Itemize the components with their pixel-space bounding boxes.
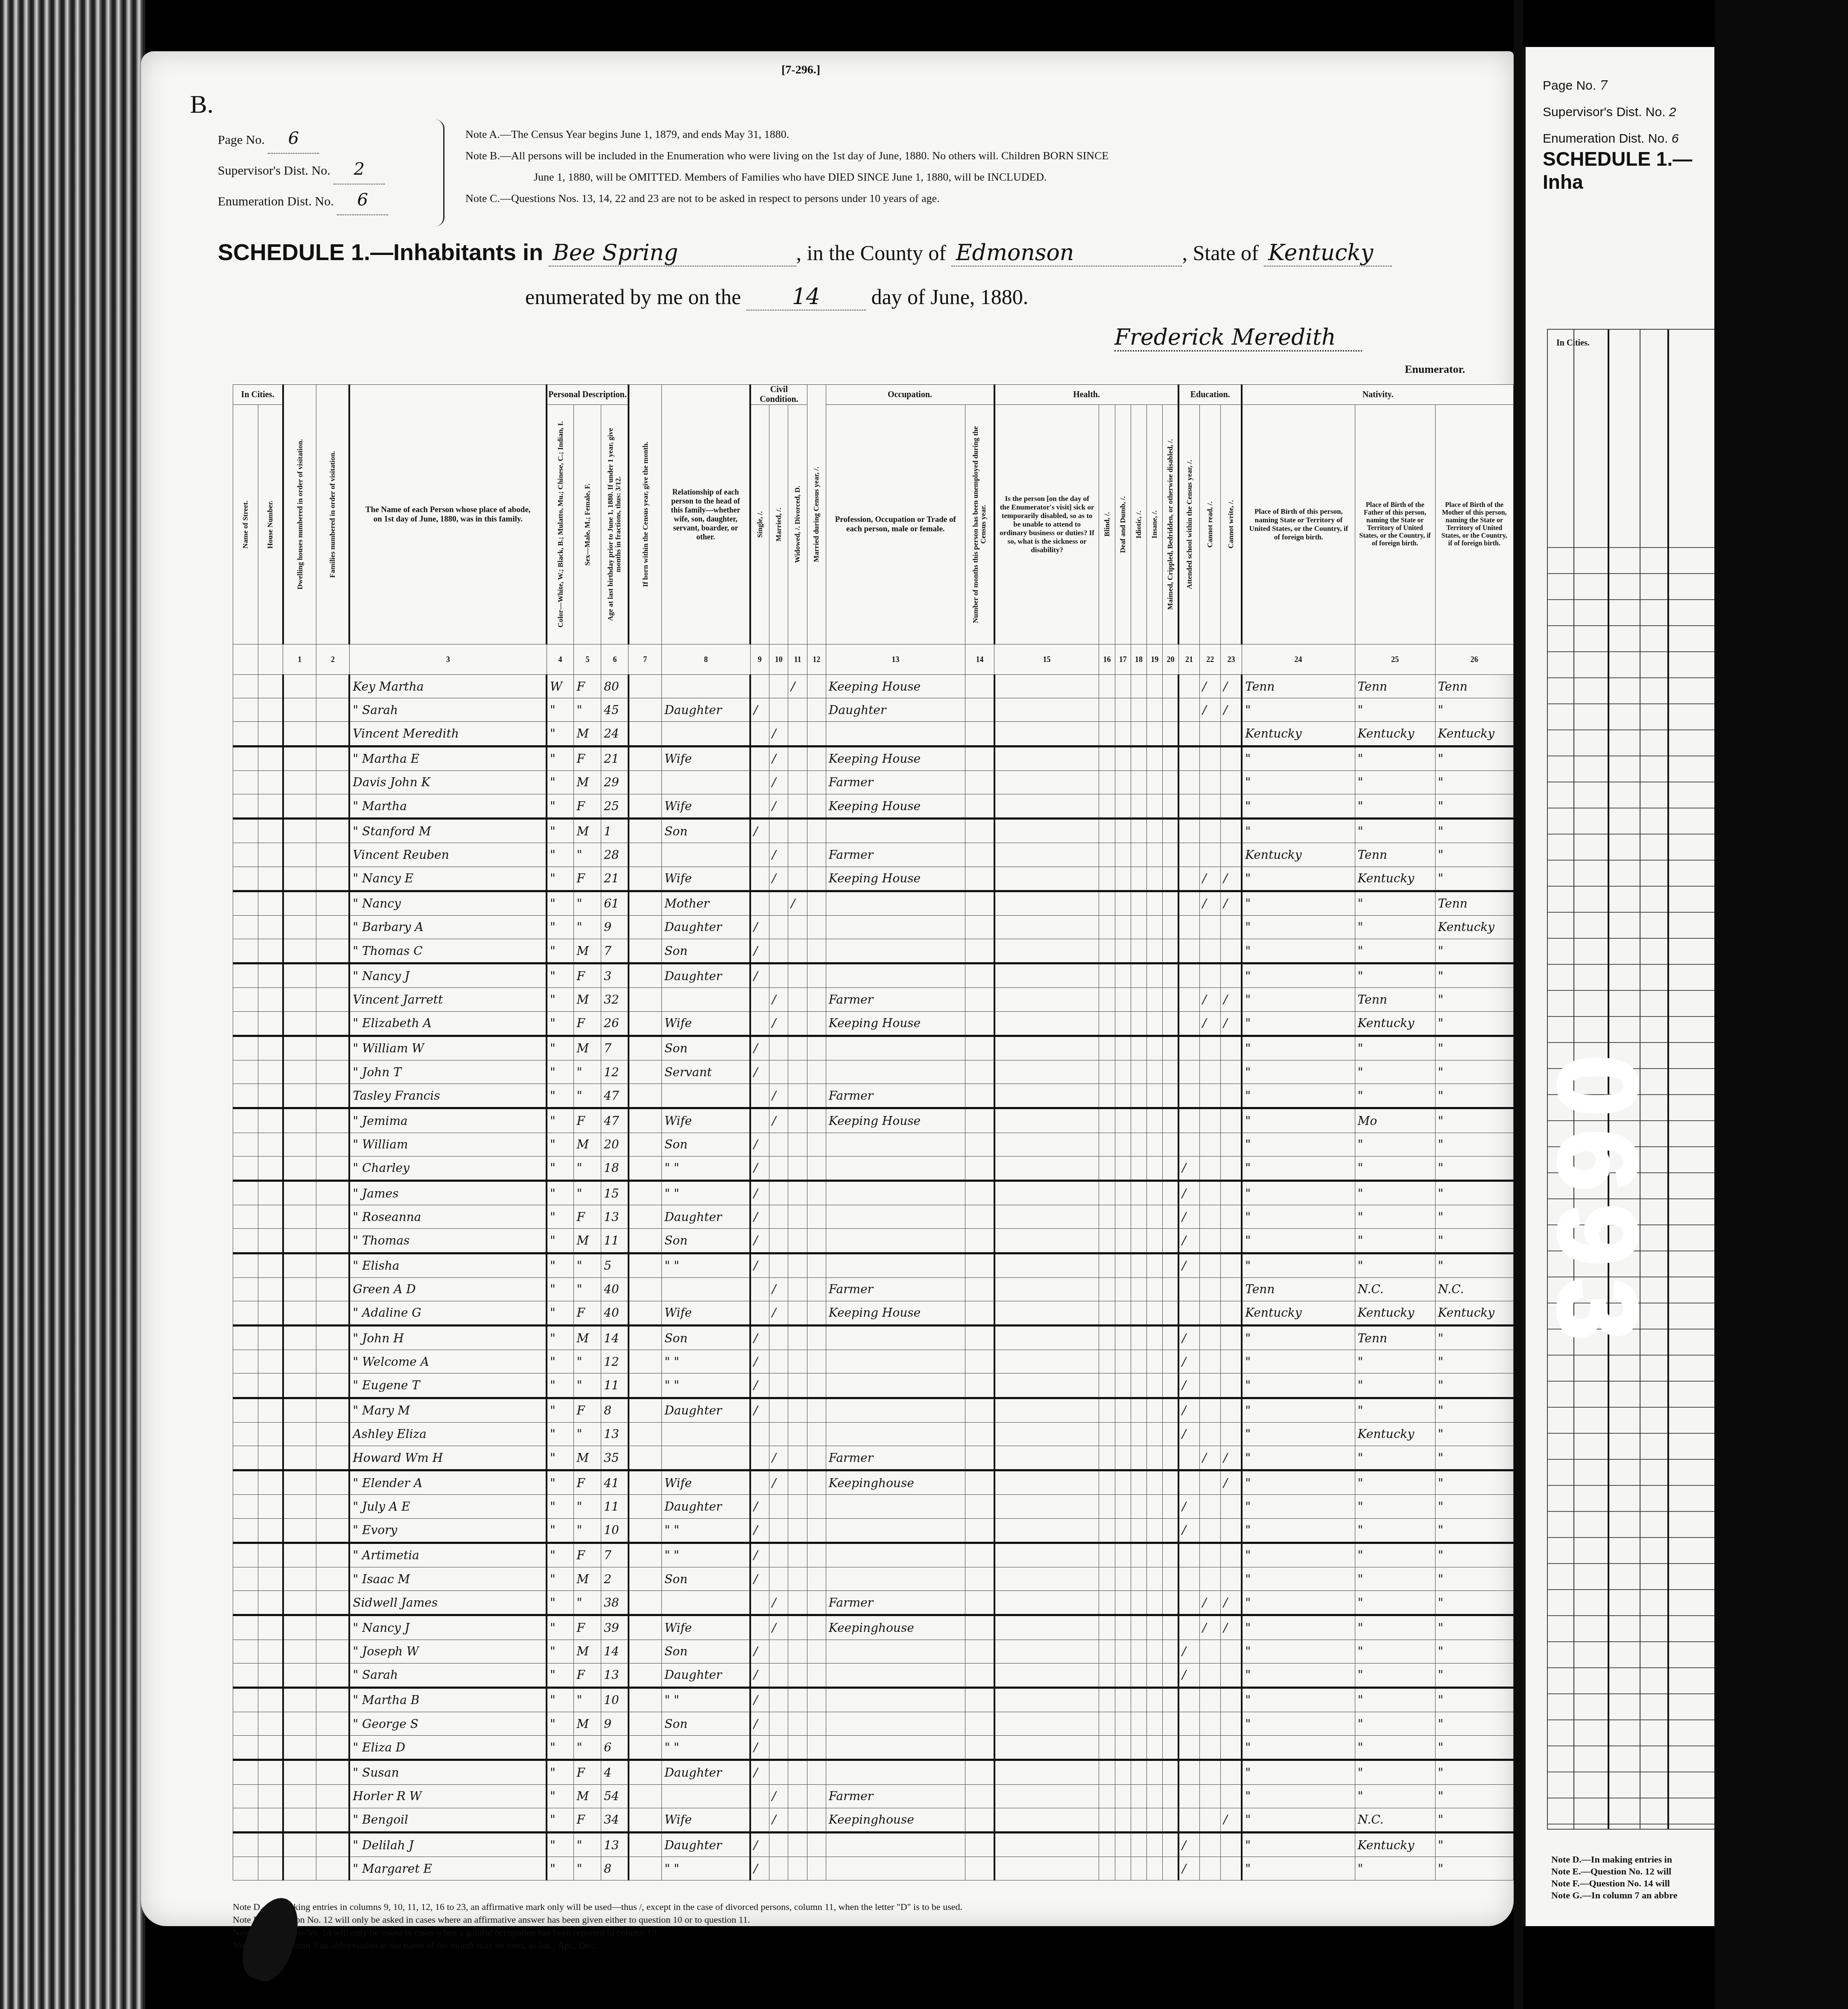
cell-empty	[316, 1784, 350, 1808]
cell-empty	[965, 1615, 994, 1640]
cell-empty	[258, 1808, 283, 1832]
cell-color: "	[547, 746, 574, 770]
cell-empty	[1147, 1736, 1163, 1760]
cell-occ: Keeping House	[826, 1011, 965, 1036]
cell-empty	[1131, 1422, 1146, 1446]
cell-empty	[629, 1470, 662, 1495]
cell-read	[1200, 1060, 1221, 1084]
cell-name: " Elizabeth A	[349, 1011, 547, 1036]
cell-read	[1200, 1712, 1221, 1736]
cell-school: /	[1178, 1398, 1199, 1422]
cell-sex: "	[574, 1156, 601, 1180]
cell-rel: " "	[662, 1253, 750, 1277]
cell-empty	[1163, 675, 1178, 698]
cell-read	[1200, 1253, 1221, 1277]
cell-widowed	[788, 1543, 807, 1567]
cell-color: "	[547, 1567, 574, 1590]
cell-write	[1221, 915, 1242, 939]
cell-empty	[1163, 1567, 1178, 1590]
cell-sex: M	[574, 1640, 601, 1663]
cell-empty	[316, 1011, 350, 1036]
cell-occ: Daughter	[826, 698, 965, 722]
column-number: 8	[662, 644, 750, 675]
cell-rel	[662, 988, 750, 1011]
cell-occ: Keepinghouse	[826, 1615, 965, 1640]
cell-fpob: "	[1355, 1446, 1435, 1470]
cell-color: "	[547, 1011, 574, 1036]
cell-empty	[629, 1133, 662, 1156]
cell-school: /	[1178, 1350, 1199, 1373]
column-number: 10	[769, 644, 788, 675]
cell-single: /	[750, 963, 769, 988]
cell-empty	[807, 746, 826, 770]
census-row: Vincent Reuben""28/FarmerKentuckyTenn"	[233, 843, 1514, 867]
cell-empty	[994, 1180, 1099, 1205]
cell-empty	[1163, 1446, 1178, 1470]
cell-widowed	[788, 915, 807, 939]
cell-pob: "	[1242, 1712, 1355, 1736]
cell-mpob: "	[1435, 1205, 1513, 1229]
cell-single	[750, 843, 769, 867]
cell-color: "	[547, 1640, 574, 1663]
cell-empty	[1147, 1543, 1163, 1567]
cell-fpob: "	[1355, 1373, 1435, 1398]
cell-empty	[283, 1543, 316, 1567]
cell-fpob: "	[1355, 963, 1435, 988]
cell-empty	[233, 1301, 258, 1325]
cell-fpob: "	[1355, 1036, 1435, 1060]
cell-widowed	[788, 1760, 807, 1784]
cell-empty	[1147, 1760, 1163, 1784]
cell-pob: "	[1242, 1857, 1355, 1880]
cell-married: /	[769, 1470, 788, 1495]
cell-rel: Wife	[662, 1808, 750, 1832]
cell-empty	[1147, 1663, 1163, 1687]
cell-single	[750, 1108, 769, 1133]
cell-mpob: "	[1435, 1857, 1513, 1880]
cell-empty	[258, 1712, 283, 1736]
cell-empty	[233, 794, 258, 818]
cell-empty	[1147, 1422, 1163, 1446]
cell-empty	[316, 1205, 350, 1229]
cell-age: 47	[601, 1108, 629, 1133]
enum-prefix: enumerated by me on the	[525, 285, 741, 309]
cell-empty	[316, 867, 350, 891]
cell-empty	[807, 1156, 826, 1180]
cell-empty	[258, 1615, 283, 1640]
cell-pob: "	[1242, 1108, 1355, 1133]
cell-occ	[826, 1495, 965, 1518]
cell-mpob: "	[1435, 1011, 1513, 1036]
cell-empty	[807, 1712, 826, 1736]
census-row: " Nancy J"F39Wife/Keepinghouse//"""	[233, 1615, 1514, 1640]
column-number: 19	[1147, 644, 1163, 675]
cell-empty	[807, 1253, 826, 1277]
cell-married	[769, 1229, 788, 1253]
cell-school	[1178, 1543, 1199, 1567]
cell-age: 54	[601, 1784, 629, 1808]
cell-pob: "	[1242, 1036, 1355, 1060]
cell-write	[1221, 1495, 1242, 1518]
cell-empty	[1147, 1277, 1163, 1301]
cell-empty	[1131, 867, 1146, 891]
cell-empty	[1099, 794, 1115, 818]
cell-empty	[994, 1470, 1099, 1495]
cell-pob: "	[1242, 1180, 1355, 1205]
cell-empty	[1147, 1833, 1163, 1857]
cell-fpob: "	[1355, 1253, 1435, 1277]
cell-empty	[283, 1736, 316, 1760]
cell-age: 14	[601, 1640, 629, 1663]
cell-pob: "	[1242, 1833, 1355, 1857]
cell-school	[1178, 843, 1199, 867]
cell-age: 11	[601, 1495, 629, 1518]
census-row: Green A D""40/FarmerTennN.C.N.C.	[233, 1277, 1514, 1301]
cell-empty	[1099, 1857, 1115, 1880]
cell-widowed	[788, 939, 807, 963]
cell-pob: "	[1242, 963, 1355, 988]
cell-married	[769, 1205, 788, 1229]
cell-empty	[258, 1036, 283, 1060]
column-number: 9	[750, 644, 769, 675]
cell-occ: Keepinghouse	[826, 1808, 965, 1832]
header-school: Attended school within the Census year, …	[1178, 405, 1199, 644]
cell-age: 12	[601, 1060, 629, 1084]
cell-rel: Servant	[662, 1060, 750, 1084]
cell-empty	[283, 1470, 316, 1495]
cell-empty	[629, 1784, 662, 1808]
cell-empty	[629, 770, 662, 794]
cell-empty	[1163, 1518, 1178, 1543]
cell-empty	[233, 1495, 258, 1518]
cell-school: /	[1178, 1833, 1199, 1857]
cell-write	[1221, 843, 1242, 867]
cell-empty	[807, 1133, 826, 1156]
cell-empty	[1147, 1253, 1163, 1277]
cell-fpob: Kentucky	[1355, 1011, 1435, 1036]
cell-empty	[1147, 1036, 1163, 1060]
cell-empty	[629, 843, 662, 867]
cell-empty	[233, 1760, 258, 1784]
cell-rel: Son	[662, 939, 750, 963]
cell-married	[769, 675, 788, 698]
cell-empty	[283, 1011, 316, 1036]
cell-empty	[1099, 1180, 1115, 1205]
cell-empty	[994, 891, 1099, 915]
cell-married: /	[769, 1615, 788, 1640]
cell-empty	[807, 963, 826, 988]
cell-age: 24	[601, 722, 629, 746]
cell-empty	[283, 1760, 316, 1784]
cell-color: "	[547, 1518, 574, 1543]
cell-empty	[807, 891, 826, 915]
cell-empty	[1115, 988, 1131, 1011]
cell-empty	[965, 1180, 994, 1205]
cell-name: " Adaline G	[349, 1301, 547, 1325]
cell-rel: " "	[662, 1156, 750, 1180]
census-row: " Evory""10" "//"""	[233, 1518, 1514, 1543]
cell-occ	[826, 1567, 965, 1590]
cell-empty	[994, 843, 1099, 867]
cell-empty	[1163, 1736, 1178, 1760]
cell-write	[1221, 1567, 1242, 1590]
cell-occ	[826, 1326, 965, 1350]
cell-empty	[1163, 1133, 1178, 1156]
cell-name: " Charley	[349, 1156, 547, 1180]
cell-empty	[258, 1857, 283, 1880]
cell-read	[1200, 843, 1221, 867]
cell-single: /	[750, 1687, 769, 1712]
cell-empty	[1115, 1543, 1131, 1567]
cell-rel: Daughter	[662, 963, 750, 988]
cell-read	[1200, 746, 1221, 770]
cell-color: "	[547, 988, 574, 1011]
cell-pob: "	[1242, 1422, 1355, 1446]
cell-occ	[826, 1060, 965, 1084]
cell-empty	[807, 675, 826, 698]
header-insane: Insane, /.	[1147, 405, 1163, 644]
cell-empty	[1099, 1156, 1115, 1180]
cell-name: " Jemima	[349, 1108, 547, 1133]
cell-read	[1200, 1760, 1221, 1784]
cell-name: " Martha E	[349, 746, 547, 770]
cell-empty	[258, 1301, 283, 1325]
cell-single: /	[750, 1180, 769, 1205]
cell-school	[1178, 722, 1199, 746]
cell-mpob: "	[1435, 1422, 1513, 1446]
cell-rel: Son	[662, 1036, 750, 1060]
cell-empty	[629, 1277, 662, 1301]
cell-empty	[1147, 915, 1163, 939]
cell-name: Ashley Eliza	[349, 1422, 547, 1446]
cell-empty	[258, 939, 283, 963]
cell-name: " Nancy E	[349, 867, 547, 891]
cell-empty	[1115, 891, 1131, 915]
cell-empty	[994, 1736, 1099, 1760]
cell-mpob: "	[1435, 1229, 1513, 1253]
cell-sex: M	[574, 1784, 601, 1808]
cell-empty	[1131, 891, 1146, 915]
cell-age: 29	[601, 770, 629, 794]
cell-empty	[994, 1543, 1099, 1567]
cell-sex: "	[574, 915, 601, 939]
census-row: " Bengoil"F34Wife/Keepinghouse/"N.C."	[233, 1808, 1514, 1832]
cell-empty	[316, 891, 350, 915]
cell-empty	[316, 1567, 350, 1590]
cell-age: 34	[601, 1808, 629, 1832]
cell-married	[769, 1373, 788, 1398]
cell-empty	[1115, 1036, 1131, 1060]
cell-empty	[1099, 891, 1115, 915]
cell-read	[1200, 1518, 1221, 1543]
cell-mpob: "	[1435, 698, 1513, 722]
cell-empty	[258, 722, 283, 746]
cell-age: 26	[601, 1011, 629, 1036]
cell-widowed	[788, 843, 807, 867]
cell-color: "	[547, 867, 574, 891]
cell-rel: Daughter	[662, 698, 750, 722]
cell-read	[1200, 1398, 1221, 1422]
cell-empty	[807, 988, 826, 1011]
cell-read	[1200, 1640, 1221, 1663]
cell-mpob: "	[1435, 1350, 1513, 1373]
cell-married	[769, 819, 788, 843]
cell-write	[1221, 1084, 1242, 1108]
cell-empty	[994, 1567, 1099, 1590]
cell-age: 5	[601, 1253, 629, 1277]
cell-write	[1221, 1180, 1242, 1205]
cell-empty	[1163, 1011, 1178, 1036]
cell-sex: M	[574, 1036, 601, 1060]
cell-empty	[1131, 1543, 1146, 1567]
cell-empty	[1131, 1326, 1146, 1350]
cell-color: "	[547, 1373, 574, 1398]
cell-name: " Martha B	[349, 1687, 547, 1712]
cell-widowed	[788, 1736, 807, 1760]
cell-school	[1178, 891, 1199, 915]
cell-widowed	[788, 794, 807, 818]
cell-fpob: "	[1355, 1857, 1435, 1880]
cell-empty	[1099, 1133, 1115, 1156]
cell-occ: Keepinghouse	[826, 1470, 965, 1495]
cell-mpob: "	[1435, 794, 1513, 818]
cell-empty	[965, 1446, 994, 1470]
cell-empty	[233, 1712, 258, 1736]
column-number: 24	[1242, 644, 1355, 675]
right-district-info: Page No. 7 Supervisor's Dist. No. 2 Enum…	[1543, 73, 1678, 152]
cell-write	[1221, 1833, 1242, 1857]
cell-pob: "	[1242, 1687, 1355, 1712]
cell-sex: "	[574, 1350, 601, 1373]
cell-empty	[233, 1640, 258, 1663]
cell-empty	[1131, 843, 1146, 867]
cell-empty	[965, 1373, 994, 1398]
cell-empty	[1163, 1495, 1178, 1518]
cell-empty	[1163, 939, 1178, 963]
header-idiotic: Idiotic, /.	[1131, 405, 1146, 644]
cell-empty	[258, 1760, 283, 1784]
cell-widowed	[788, 1663, 807, 1687]
header-unemployed: Number of months this person has been un…	[965, 405, 994, 644]
cell-empty	[994, 1640, 1099, 1663]
cell-empty	[233, 1205, 258, 1229]
cell-empty	[283, 770, 316, 794]
cell-age: 13	[601, 1205, 629, 1229]
cell-empty	[629, 1687, 662, 1712]
cell-rel: Son	[662, 1640, 750, 1663]
cell-widowed	[788, 1640, 807, 1663]
cell-age: 4	[601, 1760, 629, 1784]
cell-rel: " "	[662, 1373, 750, 1398]
column-number: 25	[1355, 644, 1435, 675]
cell-empty	[1099, 1615, 1115, 1640]
census-row: " Martha E"F21Wife/Keeping House"""	[233, 746, 1514, 770]
cell-empty	[965, 1518, 994, 1543]
cell-empty	[283, 891, 316, 915]
header-single: Single, /.	[750, 405, 769, 644]
cell-empty	[1099, 1060, 1115, 1084]
cell-color: "	[547, 1326, 574, 1350]
cell-mpob: N.C.	[1435, 1277, 1513, 1301]
cell-school: /	[1178, 1663, 1199, 1687]
cell-name: " Thomas	[349, 1229, 547, 1253]
cell-empty	[629, 963, 662, 988]
cell-empty	[629, 891, 662, 915]
cell-empty	[965, 915, 994, 939]
cell-empty	[1147, 770, 1163, 794]
column-number: 12	[807, 644, 826, 675]
cell-empty	[1131, 1350, 1146, 1373]
cell-empty	[1163, 722, 1178, 746]
cell-color: "	[547, 1205, 574, 1229]
cell-age: 9	[601, 915, 629, 939]
cell-occ	[826, 1180, 965, 1205]
cell-single: /	[750, 1736, 769, 1760]
header-father-pob: Place of Birth of the Father of this per…	[1355, 405, 1435, 644]
cell-married: /	[769, 1277, 788, 1301]
cell-empty	[258, 1108, 283, 1133]
cell-empty	[283, 1518, 316, 1543]
cell-fpob: Tenn	[1355, 843, 1435, 867]
cell-empty	[965, 1736, 994, 1760]
cell-write	[1221, 939, 1242, 963]
cell-single	[750, 891, 769, 915]
cell-rel	[662, 1422, 750, 1446]
cell-empty	[965, 1108, 994, 1133]
cell-empty	[994, 1350, 1099, 1373]
cell-empty	[258, 1398, 283, 1422]
cell-widowed	[788, 1373, 807, 1398]
cell-sex: M	[574, 1712, 601, 1736]
cell-empty	[807, 1373, 826, 1398]
cell-empty	[283, 988, 316, 1011]
cell-name: Vincent Jarrett	[349, 988, 547, 1011]
cell-empty	[258, 867, 283, 891]
cell-empty	[994, 963, 1099, 988]
cell-empty	[1163, 746, 1178, 770]
cell-read	[1200, 1687, 1221, 1712]
cell-school: /	[1178, 1253, 1199, 1277]
cell-empty	[1163, 1712, 1178, 1736]
cell-widowed	[788, 963, 807, 988]
cell-empty	[1115, 1736, 1131, 1760]
cell-single	[750, 1011, 769, 1036]
cell-empty	[629, 1060, 662, 1084]
cell-empty	[994, 746, 1099, 770]
cell-empty	[1099, 1205, 1115, 1229]
cell-empty	[994, 988, 1099, 1011]
cell-write	[1221, 1687, 1242, 1712]
column-number: 4	[547, 644, 574, 675]
cell-school: /	[1178, 1857, 1199, 1880]
cell-empty	[807, 1011, 826, 1036]
cell-age: 32	[601, 988, 629, 1011]
cell-mpob: "	[1435, 1518, 1513, 1543]
cell-sex: M	[574, 770, 601, 794]
cell-empty	[1115, 1326, 1131, 1350]
cell-empty	[316, 963, 350, 988]
cell-empty	[1099, 1591, 1115, 1615]
cell-color: "	[547, 1084, 574, 1108]
cell-fpob: N.C.	[1355, 1808, 1435, 1832]
cell-empty	[629, 1567, 662, 1590]
cell-empty	[965, 675, 994, 698]
cell-single	[750, 867, 769, 891]
cell-empty	[258, 1495, 283, 1518]
cell-empty	[258, 1205, 283, 1229]
right-notes: Note D.—In making entries in Note E.—Que…	[1551, 1854, 1677, 1901]
cell-occ	[826, 1229, 965, 1253]
